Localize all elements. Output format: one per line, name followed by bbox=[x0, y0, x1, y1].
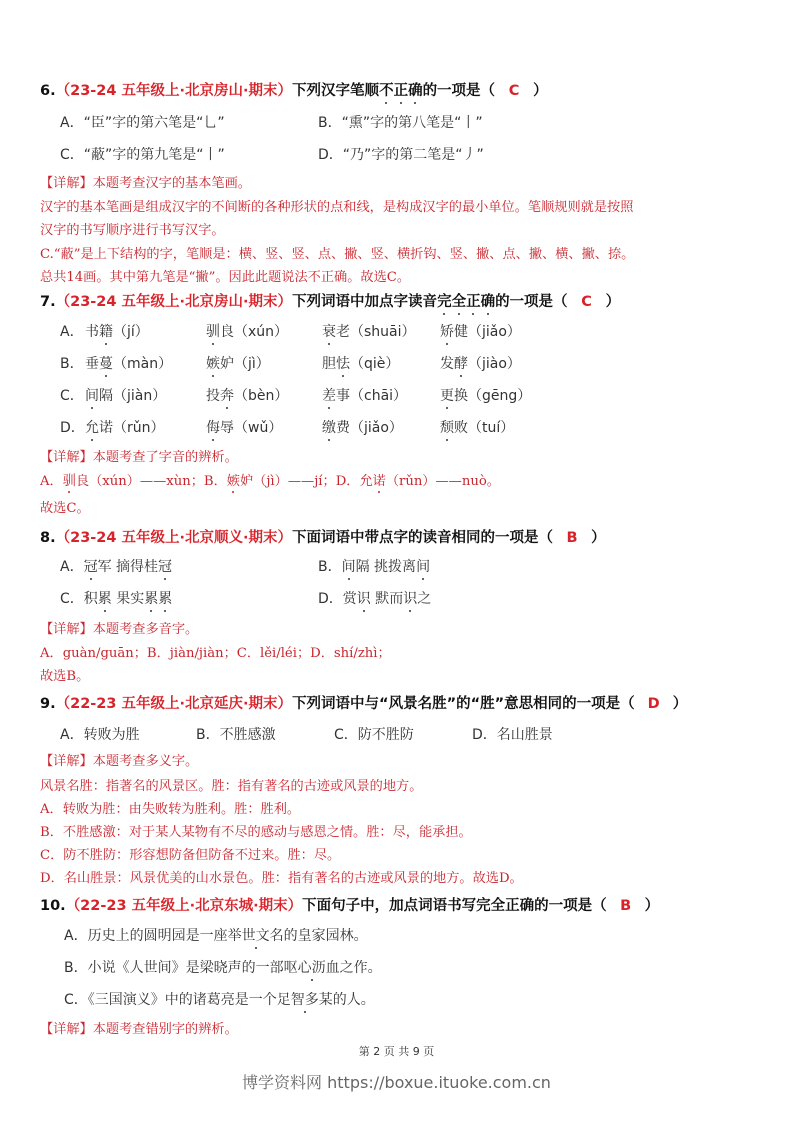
dotted-char: 怯 bbox=[336, 353, 350, 373]
option-word: 书籍（jí） bbox=[85, 321, 149, 341]
option-d: D．赏识 默而识之 bbox=[318, 588, 431, 608]
explanation-line: A．驯良（xún）——xùn；B．嫉妒（jì）——jí；D．允诺（rǔn）——n… bbox=[40, 470, 500, 489]
dotted-char: 侮 bbox=[206, 417, 220, 437]
page-indicator: 第 2 页 共 9 页 bbox=[0, 1043, 793, 1059]
pinyin: （jiǎo） bbox=[350, 420, 403, 436]
option-d: D．名山胜景 bbox=[472, 724, 553, 744]
option-word: 衰老（shuāi） bbox=[322, 321, 416, 341]
watermark: 博学资料网 https://boxue.ituoke.com.cn bbox=[0, 1070, 793, 1093]
explanation-line: D．名山胜景：风景优美的山水景色。胜：指有著名的古迹或风景的地方。故选D。 bbox=[40, 867, 523, 886]
question-source: （22-23 五年级上·北京东城·期末） bbox=[66, 898, 302, 914]
option-word: 缴费（jiǎo） bbox=[322, 417, 403, 437]
option-word: 驯良（xún） bbox=[206, 321, 288, 341]
option-text: “乃”字的第二笔是“丿” bbox=[343, 147, 484, 163]
question-number: 9. bbox=[40, 696, 56, 712]
dotted-char: 差 bbox=[322, 385, 336, 405]
option-text: 的皇家园林。 bbox=[284, 928, 368, 944]
option-c: C．积累 果实累累 bbox=[60, 588, 172, 608]
explanation-line: A．转败为胜：由失败转为胜利。胜：胜利。 bbox=[40, 798, 300, 817]
pinyin: （gēng） bbox=[468, 388, 531, 404]
option-label: A． bbox=[60, 115, 84, 131]
option-row-label: C． bbox=[60, 385, 84, 405]
bracket-close: ） bbox=[533, 83, 548, 99]
pinyin: （rǔn） bbox=[113, 420, 165, 436]
dotted-char: 嫉 bbox=[206, 353, 220, 373]
option-label: B． bbox=[318, 115, 342, 131]
option-text: 小说《人世间》是梁晓声的一部 bbox=[88, 960, 284, 976]
question-stem: 下面词语中带点字的读音相同的一项是（ bbox=[292, 530, 553, 546]
dotted-word: 足智多某 bbox=[277, 989, 333, 1009]
option-row-label: B． bbox=[60, 353, 84, 373]
option-word: 颓败（tuí） bbox=[440, 417, 514, 437]
dotted-word: 举世文名 bbox=[228, 925, 284, 945]
explanation-line: 汉字的基本笔画是组成汉字的不间断的各种形状的点和线，是构成汉字的最小单位。笔顺规… bbox=[40, 196, 633, 215]
dotted-char: 颓 bbox=[440, 417, 454, 437]
explanation-line: 【详解】本题考查多义字。 bbox=[40, 750, 198, 769]
answer-badge: C bbox=[495, 83, 533, 99]
pinyin: （jì） bbox=[234, 356, 270, 372]
question-number: 8. bbox=[40, 530, 56, 546]
option-word: 间隔（jiàn） bbox=[85, 385, 166, 405]
dotted-char: 缴 bbox=[322, 417, 336, 437]
dotted-char: 驯 bbox=[206, 321, 220, 341]
explanation-line: 汉字的书写顺序进行书写汉字。 bbox=[40, 219, 225, 238]
option-label: B． bbox=[196, 727, 220, 743]
option-b: B．不胜感激 bbox=[196, 724, 276, 744]
answer-badge: D bbox=[635, 696, 673, 712]
option-c: C．《三国演义》中的诸葛亮是一个足智多某的人。 bbox=[64, 989, 375, 1009]
dotted-char: 籍 bbox=[99, 321, 113, 341]
dotted-char: 矫 bbox=[440, 321, 454, 341]
option-label: C． bbox=[60, 591, 84, 607]
option-c: C．“蔽”字的第九笔是“丨” bbox=[60, 144, 225, 164]
option-b: B．“熏”字的第八笔是“丨” bbox=[318, 112, 483, 132]
pinyin: （jiǎo） bbox=[468, 324, 521, 340]
explanation-line: 故选C。 bbox=[40, 497, 90, 516]
question-source: （23-24 五年级上·北京房山·期末） bbox=[56, 294, 292, 310]
option-word: 投奔（bèn） bbox=[206, 385, 288, 405]
option-b: B．间隔 挑拨离间 bbox=[318, 556, 430, 576]
bracket-close: ） bbox=[645, 898, 660, 914]
answer-badge: B bbox=[553, 530, 591, 546]
pinyin: （bèn） bbox=[234, 388, 288, 404]
option-label: B． bbox=[64, 960, 88, 976]
option-row-label: D． bbox=[60, 417, 85, 437]
question-stem: 的一项是（ bbox=[495, 294, 568, 310]
dotted-char: 允 bbox=[85, 417, 99, 437]
dotted-char: 衰 bbox=[322, 321, 336, 341]
pinyin: （jiào） bbox=[468, 356, 521, 372]
option-row-label: A． bbox=[60, 321, 84, 341]
question-stem: 下列词语中加点字读音 bbox=[292, 294, 437, 310]
question-6-title: 6.（23-24 五年级上·北京房山·期末）下列汉字笔顺不正确的一项是（C） bbox=[40, 79, 548, 100]
option-label: A． bbox=[60, 727, 84, 743]
option-text: 历史上的圆明园是一座 bbox=[88, 928, 228, 944]
dotted-char: 奔 bbox=[220, 385, 234, 405]
pinyin: （xún） bbox=[234, 324, 288, 340]
explanation-line: 【详解】本题考查汉字的基本笔画。 bbox=[40, 172, 251, 191]
option-label: C． bbox=[334, 727, 358, 743]
pinyin: （tuí） bbox=[468, 420, 514, 436]
explanation-line: C.“蔽”是上下结构的字，笔顺是：横、竖、竖、点、撇、竖、横折钩、竖、撇、点、撇… bbox=[40, 243, 634, 262]
option-c: C．防不胜防 bbox=[334, 724, 414, 744]
option-word: 胆怯（qiè） bbox=[322, 353, 399, 373]
option-b: B．小说《人世间》是梁晓声的一部呕心沥血之作。 bbox=[64, 957, 382, 977]
option-label: D． bbox=[318, 147, 343, 163]
question-number: 6. bbox=[40, 83, 56, 99]
option-label: C． bbox=[64, 992, 88, 1008]
option-a: A．转败为胜 bbox=[60, 724, 140, 744]
pinyin: （qiè） bbox=[350, 356, 399, 372]
explanation-line: C．防不胜防：形容想防备但防备不过来。胜：尽。 bbox=[40, 844, 340, 863]
option-label: D． bbox=[318, 591, 343, 607]
question-source: （22-23 五年级上·北京延庆·期末） bbox=[56, 696, 292, 712]
document-page: 6.（23-24 五年级上·北京房山·期末）下列汉字笔顺不正确的一项是（C） A… bbox=[0, 0, 793, 1122]
option-text: “蔽”字的第九笔是“丨” bbox=[84, 147, 225, 163]
question-stem: 下列词语中与“风景名胜”的“胜”意思相同的一项是（ bbox=[292, 696, 635, 712]
question-8-title: 8.（23-24 五年级上·北京顺义·期末）下面词语中带点字的读音相同的一项是（… bbox=[40, 526, 606, 547]
option-label: A． bbox=[60, 559, 84, 575]
bracket-close: ） bbox=[606, 294, 621, 310]
explanation-line: 【详解】本题考查多音字。 bbox=[40, 618, 198, 637]
explanation-line: 故选B。 bbox=[40, 665, 89, 684]
explanation-line: 【详解】本题考查错别字的辨析。 bbox=[40, 1018, 238, 1037]
answer-badge: B bbox=[607, 898, 645, 914]
pinyin: （jiàn） bbox=[113, 388, 166, 404]
answer-badge: C bbox=[568, 294, 606, 310]
option-a: A．冠军 摘得桂冠 bbox=[60, 556, 172, 576]
option-text: 防不胜防 bbox=[358, 727, 414, 743]
option-label: D． bbox=[472, 727, 497, 743]
dotted-char: 酵 bbox=[454, 353, 468, 373]
option-a: A．“臣”字的第六笔是“乚” bbox=[60, 112, 225, 132]
option-word: 允诺（rǔn） bbox=[85, 417, 165, 437]
option-d: D．“乃”字的第二笔是“丿” bbox=[318, 144, 484, 164]
question-stem-emphasis: 完全正确 bbox=[437, 294, 495, 310]
question-stem: 下列汉字笔顺 bbox=[292, 83, 379, 99]
explanation-line: 风景名胜：指著名的风景区。胜：指有著名的古迹或风景的地方。 bbox=[40, 775, 422, 794]
option-word: 更换（gēng） bbox=[440, 385, 531, 405]
question-number: 10. bbox=[40, 898, 66, 914]
dotted-char: 更 bbox=[440, 385, 454, 405]
pinyin: （chāi） bbox=[350, 388, 407, 404]
option-text: 转败为胜 bbox=[84, 727, 140, 743]
option-word: 发酵（jiào） bbox=[440, 353, 521, 373]
question-7-title: 7.（23-24 五年级上·北京房山·期末）下列词语中加点字读音完全正确的一项是… bbox=[40, 290, 620, 311]
pinyin: （wǔ） bbox=[234, 420, 282, 436]
option-text: 的人。 bbox=[333, 992, 375, 1008]
question-9-title: 9.（22-23 五年级上·北京延庆·期末）下列词语中与“风景名胜”的“胜”意思… bbox=[40, 692, 687, 713]
bracket-close: ） bbox=[673, 696, 688, 712]
explanation-line: 【详解】本题考查了字音的辨析。 bbox=[40, 446, 238, 465]
option-text: “臣”字的第六笔是“乚” bbox=[84, 115, 225, 131]
question-stem-emphasis: 不正确 bbox=[379, 83, 423, 99]
dotted-word: 呕心沥血 bbox=[284, 957, 340, 977]
question-10-title: 10.（22-23 五年级上·北京东城·期末）下面句子中，加点词语书写完全正确的… bbox=[40, 894, 659, 915]
option-text: 之作。 bbox=[340, 960, 382, 976]
question-source: （23-24 五年级上·北京房山·期末） bbox=[56, 83, 292, 99]
option-text: 不胜感激 bbox=[220, 727, 276, 743]
bracket-close: ） bbox=[591, 530, 606, 546]
option-word: 差事（chāi） bbox=[322, 385, 407, 405]
option-label: C． bbox=[60, 147, 84, 163]
option-word: 嫉妒（jì） bbox=[206, 353, 270, 373]
pinyin: （màn） bbox=[113, 356, 172, 372]
question-stem: 的一项是（ bbox=[423, 83, 496, 99]
option-text: 名山胜景 bbox=[497, 727, 553, 743]
dotted-char: 间 bbox=[85, 385, 99, 405]
option-text: “熏”字的第八笔是“丨” bbox=[342, 115, 483, 131]
question-number: 7. bbox=[40, 294, 56, 310]
question-stem: 下面句子中，加点词语书写完全正确的一项是（ bbox=[302, 898, 607, 914]
question-source: （23-24 五年级上·北京顺义·期末） bbox=[56, 530, 292, 546]
option-label: A． bbox=[64, 928, 88, 944]
dotted-char: 蔓 bbox=[99, 353, 113, 373]
pinyin: （jí） bbox=[113, 324, 149, 340]
option-a: A．历史上的圆明园是一座举世文名的皇家园林。 bbox=[64, 925, 368, 945]
pinyin: （shuāi） bbox=[350, 324, 416, 340]
option-label: B． bbox=[318, 559, 342, 575]
option-text: 《三国演义》中的诸葛亮是一个 bbox=[88, 992, 277, 1008]
option-word: 侮辱（wǔ） bbox=[206, 417, 282, 437]
explanation-line: A．guàn/guān；B．jiàn/jiàn；C．lěi/léi；D．shí/… bbox=[40, 642, 391, 661]
explanation-line: B．不胜感激：对于某人某物有不尽的感动与感恩之情。胜：尽，能承担。 bbox=[40, 821, 472, 840]
option-word: 矫健（jiǎo） bbox=[440, 321, 521, 341]
explanation-line: 总共14画。其中第九笔是“撇”。因此此题说法不正确。故选C。 bbox=[40, 266, 410, 285]
option-word: 垂蔓（màn） bbox=[85, 353, 172, 373]
